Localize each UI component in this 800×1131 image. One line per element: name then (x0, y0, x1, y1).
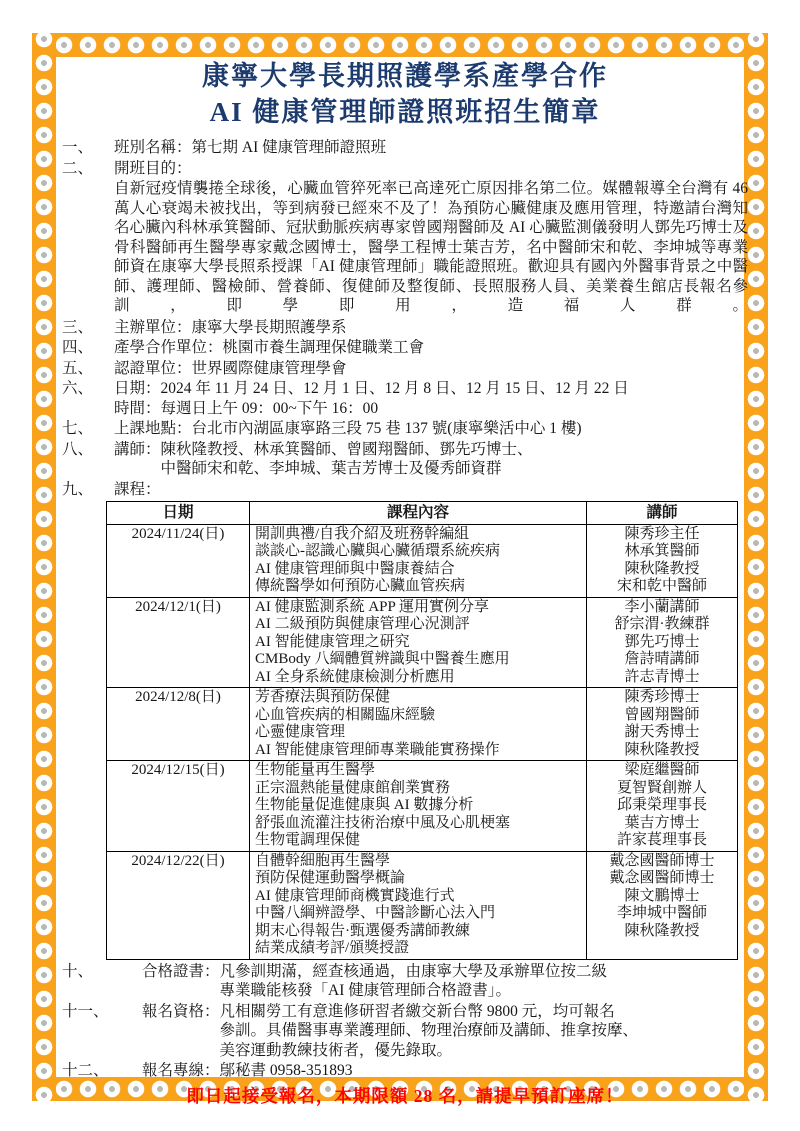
section-eligibility: 十一、 報名資格：凡相關勞工有意進修研習者繳交新台幣 9800 元，均可報名 參… (62, 1002, 748, 1061)
course-instructor-cell: 戴念國醫師博士 戴念國醫師博士 陳文鵬博士 李坤城中醫師 陳秋隆教授 (587, 851, 738, 959)
purpose-paragraph: 自新冠疫情襲捲全球後，心臟血管猝死率已高達死亡原因排名第二位。媒體報導全台灣有 … (114, 179, 748, 316)
section-number: 五、 (62, 359, 114, 379)
section-text: 日期：2024 年 11 月 24 日、12 月 1 日、12 月 8 日、12… (114, 379, 748, 418)
course-instructor-cell: 李小蘭講師 舒宗渭·教練群 鄧先巧博士 詹詩晴講師 許志青博士 (587, 597, 738, 688)
header-content: 課程內容 (250, 502, 587, 525)
section-number: 十一、 (62, 1002, 142, 1022)
course-row: 2024/12/8(日) 芳香療法與預防保健 心血管疾病的相關臨床經驗 心靈健康… (107, 688, 738, 761)
section-number: 六、 (62, 379, 114, 399)
course-date-cell: 2024/11/24(日) (107, 524, 250, 597)
course-content-cell: 芳香療法與預防保健 心血管疾病的相關臨床經驗 心靈健康管理 AI 智能健康管理師… (250, 688, 587, 761)
document-title: 康寧大學長期照護學系產學合作 AI 健康管理師證照班招生簡章 (62, 58, 748, 130)
section-number: 二、 (62, 159, 114, 179)
document-content: 康寧大學長期照護學系產學合作 AI 健康管理師證照班招生簡章 一、 班別名稱：第… (62, 58, 748, 1106)
section-courses-label: 九、 課程： (62, 480, 748, 500)
course-table-header: 日期 課程內容 講師 (107, 502, 738, 525)
course-date-cell: 2024/12/22(日) (107, 851, 250, 959)
section-text: 主辦單位：康寧大學長期照護學系 (114, 318, 748, 338)
title-line-1: 康寧大學長期照護學系產學合作 (62, 58, 748, 94)
brochure-page: 康寧大學長期照護學系產學合作 AI 健康管理師證照班招生簡章 一、 班別名稱：第… (0, 0, 800, 1131)
course-content-cell: 開訓典禮/自我介紹及班務幹編組 談談心-認識心臟與心臟循環系統疾病 AI 健康管… (250, 524, 587, 597)
section-hotline: 十二、 報名專線：鄔秘書 0958-351893 (62, 1061, 748, 1081)
course-row: 2024/11/24(日) 開訓典禮/自我介紹及班務幹編組 談談心-認識心臟與心… (107, 524, 738, 597)
section-organizer: 三、 主辦單位：康寧大學長期照護學系 (62, 318, 748, 338)
section-text: 認證單位：世界國際健康管理學會 (114, 359, 748, 379)
course-instructor-cell: 梁庭繼醫師 夏智賢創辦人 邱秉榮理事長 葉吉方博士 許家萇理事長 (587, 761, 738, 852)
course-row: 2024/12/22(日) 自體幹細胞再生醫學 預防保健運動醫學概論 AI 健康… (107, 851, 738, 959)
enrollment-notice: 即日起接受報名，本期限額 28 名，請提早預訂座席！ (62, 1087, 748, 1107)
section-text: 報名資格：凡相關勞工有意進修研習者繳交新台幣 9800 元，均可報名 參訓。具備… (142, 1002, 748, 1061)
course-date-cell: 2024/12/1(日) (107, 597, 250, 688)
flower-border-left (32, 33, 56, 1101)
section-text: 課程： (114, 480, 748, 500)
section-number: 三、 (62, 318, 114, 338)
section-number: 八、 (62, 440, 114, 460)
section-number: 四、 (62, 338, 114, 358)
section-text: 上課地點：台北市內湖區康寧路三段 75 巷 137 號(康寧樂活中心 1 樓) (114, 419, 748, 439)
section-lecturers: 八、 講師：陳秋隆教授、林承箕醫師、曾國翔醫師、鄧先巧博士、 中醫師宋和乾、李坤… (62, 440, 748, 479)
course-date-cell: 2024/12/8(日) (107, 688, 250, 761)
section-location: 七、 上課地點：台北市內湖區康寧路三段 75 巷 137 號(康寧樂活中心 1 … (62, 419, 748, 439)
section-number: 一、 (62, 138, 114, 158)
section-number: 七、 (62, 419, 114, 439)
section-text: 合格證書：凡參訓期滿，經查核通過，由康寧大學及承辦單位按二級 專業職能核發「AI… (142, 962, 748, 1001)
section-certifier: 五、 認證單位：世界國際健康管理學會 (62, 359, 748, 379)
course-instructor-cell: 陳秀珍主任 林承箕醫師 陳秋隆教授 宋和乾中醫師 (587, 524, 738, 597)
section-number: 十二、 (62, 1061, 142, 1081)
course-content-cell: 生物能量再生醫學 正宗溫熱能量健康館創業實務 生物能量促進健康與 AI 數據分析… (250, 761, 587, 852)
course-schedule-table: 日期 課程內容 講師 2024/11/24(日) 開訓典禮/自我介紹及班務幹編組… (106, 501, 738, 960)
course-content-cell: 自體幹細胞再生醫學 預防保健運動醫學概論 AI 健康管理師商機實踐進行式 中醫八… (250, 851, 587, 959)
section-dates: 六、 日期：2024 年 11 月 24 日、12 月 1 日、12 月 8 日… (62, 379, 748, 418)
header-date: 日期 (107, 502, 250, 525)
course-date-cell: 2024/12/15(日) (107, 761, 250, 852)
section-purpose: 二、 開班目的： (62, 159, 748, 179)
flower-border-top (32, 33, 768, 57)
section-text: 報名專線：鄔秘書 0958-351893 (142, 1061, 748, 1081)
section-partner: 四、 產學合作單位：桃園市養生調理保健職業工會 (62, 338, 748, 358)
title-line-2: AI 健康管理師證照班招生簡章 (62, 94, 748, 130)
section-text: 班別名稱：第七期 AI 健康管理師證照班 (114, 138, 748, 158)
course-instructor-cell: 陳秀珍博士 曾國翔醫師 謝天秀博士 陳秋隆教授 (587, 688, 738, 761)
course-row: 2024/12/15(日) 生物能量再生醫學 正宗溫熱能量健康館創業實務 生物能… (107, 761, 738, 852)
header-instructor: 講師 (587, 502, 738, 525)
section-text: 開班目的： (114, 159, 748, 179)
course-header-row: 日期 課程內容 講師 (107, 502, 738, 525)
section-certificate: 十、 合格證書：凡參訓期滿，經查核通過，由康寧大學及承辦單位按二級 專業職能核發… (62, 962, 748, 1001)
section-class-name: 一、 班別名稱：第七期 AI 健康管理師證照班 (62, 138, 748, 158)
section-number: 十、 (62, 962, 142, 982)
section-text: 講師：陳秋隆教授、林承箕醫師、曾國翔醫師、鄧先巧博士、 中醫師宋和乾、李坤城、葉… (114, 440, 748, 479)
section-number: 九、 (62, 480, 114, 500)
course-row: 2024/12/1(日) AI 健康監測系統 APP 運用實例分享 AI 二級預… (107, 597, 738, 688)
course-content-cell: AI 健康監測系統 APP 運用實例分享 AI 二級預防與健康管理心況測評 AI… (250, 597, 587, 688)
numbered-list: 一、 班別名稱：第七期 AI 健康管理師證照班 二、 開班目的： 自新冠疫情襲捲… (62, 138, 748, 1106)
section-text: 產學合作單位：桃園市養生調理保健職業工會 (114, 338, 748, 358)
